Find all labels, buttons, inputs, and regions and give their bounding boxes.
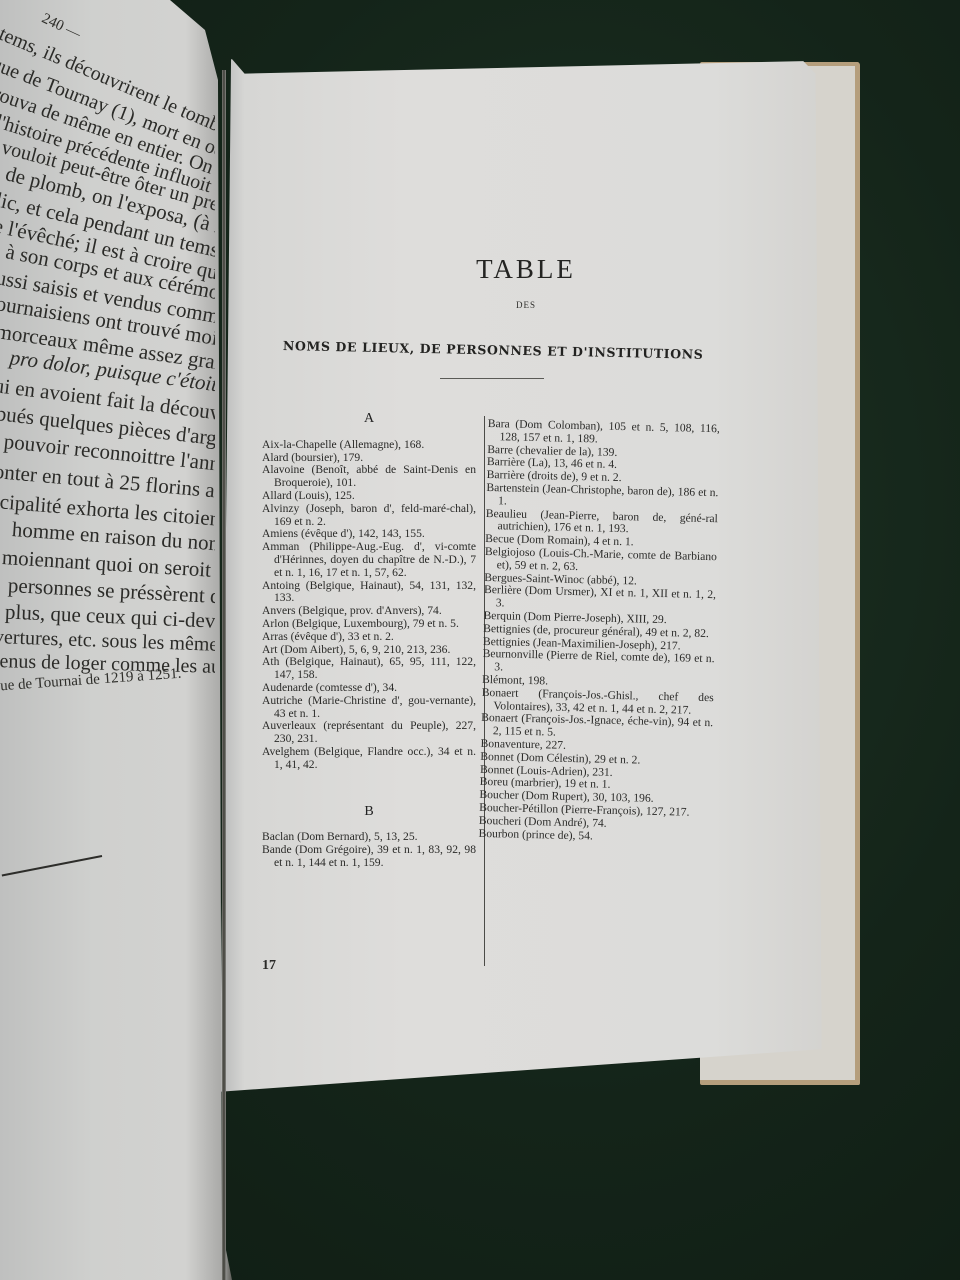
index-entry: Ath (Belgique, Hainaut), 65, 95, 111, 12… xyxy=(262,656,476,682)
index-entry: Bande (Dom Grégoire), 39 et n. 1, 83, 92… xyxy=(262,844,476,870)
index-entry: Autriche (Marie-Christine d', gou-vernan… xyxy=(262,695,476,721)
section-letter-b: B xyxy=(262,806,476,819)
index-entry: Alavoine (Benoît, abbé de Saint-Denis en… xyxy=(262,464,476,490)
index-column-right: Bara (Dom Colomban), 105 et n. 5, 108, 1… xyxy=(478,418,720,845)
index-entry: Avelghem (Belgique, Flandre occ.), 34 et… xyxy=(262,746,476,772)
left-page-body: 240 — tems, ils découvrirent le tombeau … xyxy=(0,0,215,720)
index-entry: Arlon (Belgique, Luxembourg), 79 et n. 5… xyxy=(262,618,476,631)
index-entry: Amman (Philippe-Aug.-Eug. d', vi-comte d… xyxy=(262,541,476,579)
heading-rule xyxy=(440,378,544,379)
index-entry: Arras (évêque d'), 33 et n. 2. xyxy=(262,631,476,644)
index-entry: Auverleaux (représentant du Peuple), 227… xyxy=(262,720,476,746)
book-gutter xyxy=(222,70,226,1280)
index-entry: Antoing (Belgique, Hainaut), 54, 131, 13… xyxy=(262,580,476,606)
index-entry: Audenarde (comtesse d'), 34. xyxy=(262,682,476,695)
index-entry: Allard (Louis), 125. xyxy=(262,490,476,503)
left-page-end-rule xyxy=(2,855,103,876)
index-entry: Alvinzy (Joseph, baron d', feld-maré-cha… xyxy=(262,503,476,529)
index-column-left: A Aix-la-Chapelle (Allemagne), 168. Alar… xyxy=(262,413,476,870)
index-entry: Aix-la-Chapelle (Allemagne), 168. xyxy=(262,439,476,452)
left-page: 240 — tems, ils découvrirent le tombeau … xyxy=(0,0,232,1280)
index-title: TABLE xyxy=(220,254,832,285)
section-letter-a: A xyxy=(262,413,476,426)
signature-mark: 17 xyxy=(262,958,276,974)
index-des: DES xyxy=(220,300,832,310)
